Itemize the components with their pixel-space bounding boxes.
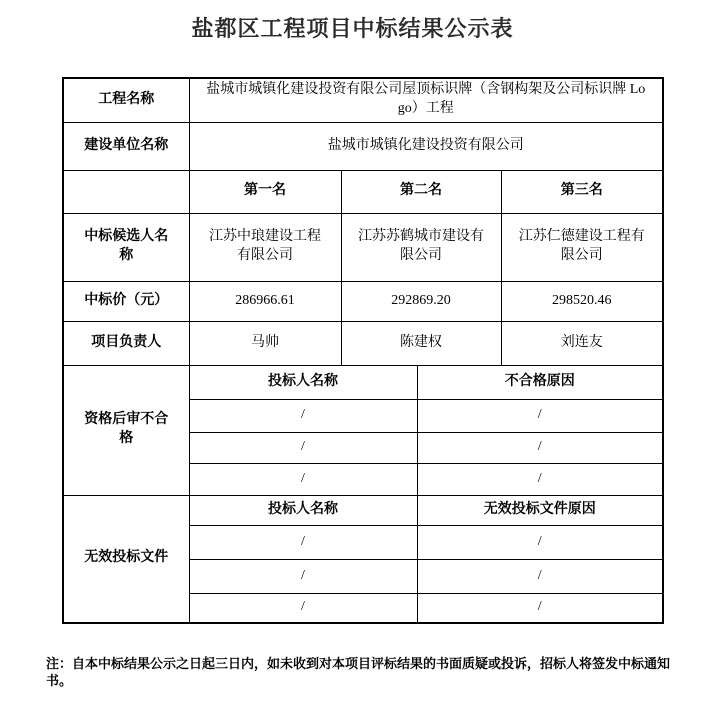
qualification-row-reason: / bbox=[417, 432, 663, 463]
qualification-row-bidder: / bbox=[189, 432, 417, 463]
candidate-2: 江苏苏鹤城市建设有限公司 bbox=[341, 213, 501, 281]
qualification-bidder-header: 投标人名称 bbox=[189, 365, 417, 399]
candidate-3: 江苏仁德建设工程有限公司 bbox=[501, 213, 663, 281]
price-label: 中标价（元） bbox=[63, 281, 189, 321]
rank-header-second: 第二名 bbox=[341, 170, 501, 213]
invalid-row-reason: / bbox=[417, 593, 663, 623]
rank-header-first: 第一名 bbox=[189, 170, 341, 213]
page-title: 盐都区工程项目中标结果公示表 bbox=[0, 12, 705, 43]
price-2: 292869.20 bbox=[341, 281, 501, 321]
project-name-label: 工程名称 bbox=[63, 78, 189, 122]
invalid-row-bidder: / bbox=[189, 593, 417, 623]
price-3: 298520.46 bbox=[501, 281, 663, 321]
owner-value: 盐城市城镇化建设投资有限公司 bbox=[189, 122, 663, 170]
qualification-row-bidder: / bbox=[189, 463, 417, 495]
qualification-row-reason: / bbox=[417, 463, 663, 495]
invalid-row-bidder: / bbox=[189, 559, 417, 593]
project-name-value: 盐城市城镇化建设投资有限公司屋顶标识牌（含钢构架及公司标识牌 Logo）工程 bbox=[189, 78, 663, 122]
qualification-section-label: 资格后审不合格 bbox=[63, 365, 189, 495]
price-1: 286966.61 bbox=[189, 281, 341, 321]
candidates-label: 中标候选人名称 bbox=[63, 213, 189, 281]
footnote: 注：自本中标结果公示之日起三日内，如未收到对本项目评标结果的书面质疑或投诉，招标… bbox=[46, 656, 676, 690]
manager-label: 项目负责人 bbox=[63, 321, 189, 365]
manager-1: 马帅 bbox=[189, 321, 341, 365]
invalid-row-bidder: / bbox=[189, 525, 417, 559]
invalid-section-label: 无效投标文件 bbox=[63, 495, 189, 623]
owner-label: 建设单位名称 bbox=[63, 122, 189, 170]
invalid-bidder-header: 投标人名称 bbox=[189, 495, 417, 525]
bid-results-table: 工程名称 盐城市城镇化建设投资有限公司屋顶标识牌（含钢构架及公司标识牌 Logo… bbox=[62, 77, 664, 624]
rank-header-third: 第三名 bbox=[501, 170, 663, 213]
invalid-row-reason: / bbox=[417, 559, 663, 593]
invalid-row-reason: / bbox=[417, 525, 663, 559]
candidate-1: 江苏中琅建设工程有限公司 bbox=[189, 213, 341, 281]
manager-3: 刘连友 bbox=[501, 321, 663, 365]
qualification-reason-header: 不合格原因 bbox=[417, 365, 663, 399]
invalid-reason-header: 无效投标文件原因 bbox=[417, 495, 663, 525]
rank-header-spacer-cell bbox=[63, 170, 189, 213]
qualification-row-reason: / bbox=[417, 399, 663, 432]
qualification-row-bidder: / bbox=[189, 399, 417, 432]
manager-2: 陈建权 bbox=[341, 321, 501, 365]
